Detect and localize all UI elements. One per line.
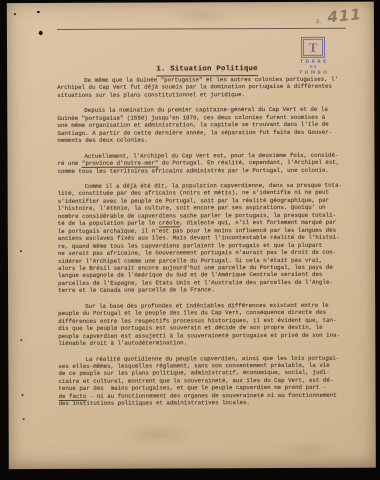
paragraph-text: De même que la Guinée "portugaise" et le…: [57, 76, 338, 99]
paragraph-3: Actuellement, l'Archipel du Cap Vert est…: [57, 151, 358, 175]
ink-speck: [37, 11, 40, 13]
stamp-letter: T: [309, 41, 318, 54]
paragraph-text: - ni au fonctionnement des organes de so…: [59, 392, 337, 408]
ink-speck: [22, 394, 24, 396]
ink-speck: [20, 339, 22, 341]
ink-speck: [23, 418, 25, 420]
title-row: 1. Situation Politique: [57, 57, 357, 77]
paragraph-6: La réalité quotidienne du peuple capverd…: [58, 354, 359, 407]
paragraph-text: Sur la base des profondes et indéniables…: [58, 302, 340, 347]
paragraph-5: Sur la base des profondes et indéniables…: [58, 301, 359, 347]
paragraph-1: De même que la Guinée "portugaise" et le…: [57, 76, 358, 100]
ink-speck: [20, 250, 22, 252]
paragraph-2: Depuis la nomination du premier capitain…: [57, 106, 358, 145]
ink-speck: [38, 30, 43, 35]
document-body: De même que la Guinée "portugaise" et le…: [57, 76, 359, 416]
page-number-value: 411: [327, 5, 363, 26]
stamp-t-icon: T: [301, 37, 325, 58]
paper-stain: [167, 7, 237, 25]
paper-stain: [119, 422, 199, 446]
paragraph-text: Depuis la nomination du premier capitain…: [57, 106, 332, 144]
paragraph-4: Comme il a déjà été dit, la population c…: [58, 182, 359, 295]
page-title: 1. Situation Politique: [156, 65, 258, 76]
document-page: a.411 T TORRE DO TOMBO 1. Situation Poli…: [7, 2, 376, 470]
header-rule: [57, 28, 346, 30]
scan-background: { "colors": { "paper": "#d6be9d", "ink":…: [0, 0, 380, 480]
page-number-prefix: a.: [315, 17, 322, 26]
paragraph-text: , dialecte qui, s'il est fortement marqu…: [58, 219, 340, 294]
paragraph-text: La réalité quotidienne du peuple capverd…: [58, 354, 339, 392]
ink-speck: [14, 13, 16, 15]
paper-stain: [279, 442, 339, 458]
page-number-handwritten: a.411: [314, 3, 375, 27]
